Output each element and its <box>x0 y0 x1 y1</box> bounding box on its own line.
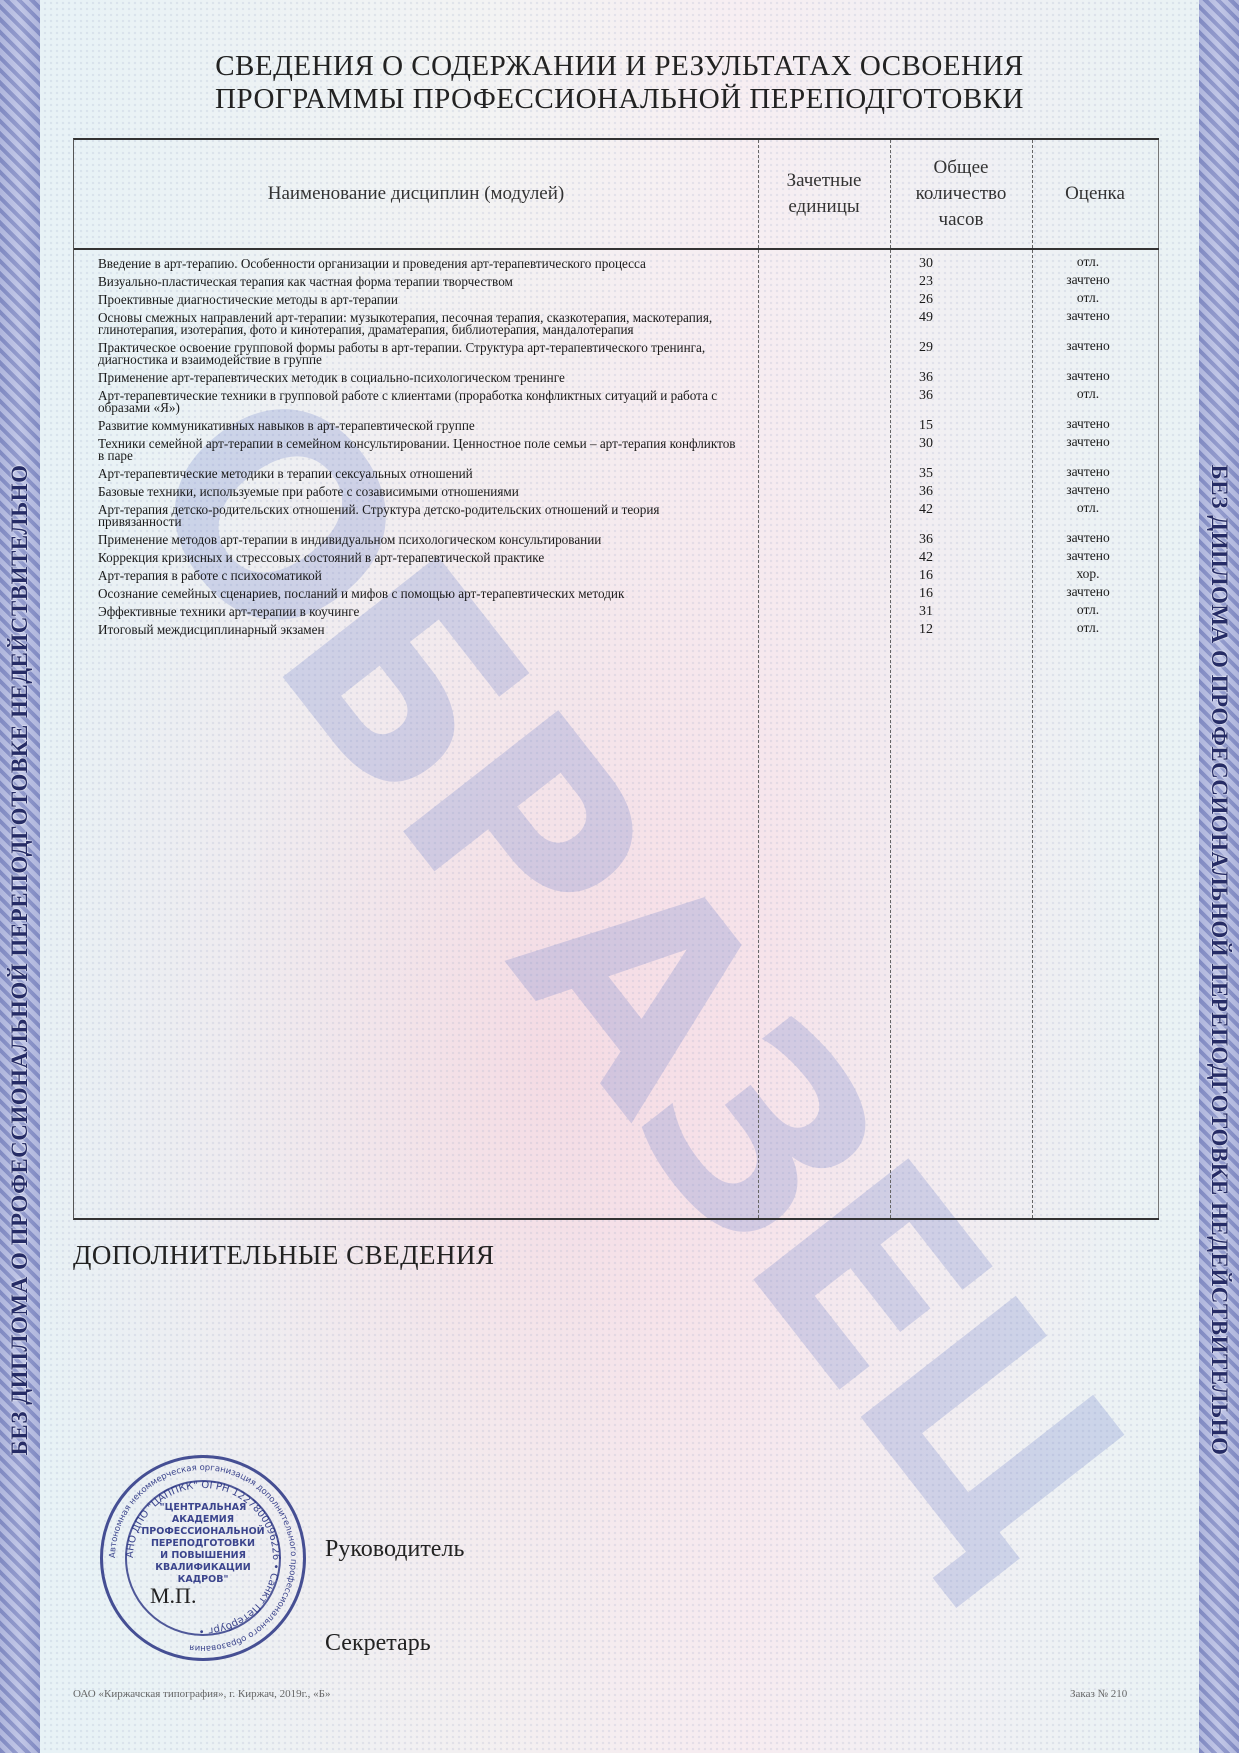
discipline-name: Визуально-пластическая терапия как частн… <box>98 276 738 288</box>
header-hours: Общее количество часов <box>890 140 1032 248</box>
official-stamp: Автономная некоммерческая организация до… <box>100 1455 306 1661</box>
discipline-name: Осознание семейных сценариев, посланий и… <box>98 588 738 600</box>
hours-value: 36 <box>896 486 956 498</box>
table-row: Арт-терапевтические техники в групповой … <box>98 390 1159 414</box>
hours-value: 29 <box>896 342 956 354</box>
hours-value: 42 <box>896 552 956 564</box>
discipline-name: Арт-терапевтические методики в терапии с… <box>98 468 738 480</box>
additional-info-heading: ДОПОЛНИТЕЛЬНЫЕ СВЕДЕНИЯ <box>73 1240 495 1271</box>
right-security-border: БЕЗ ДИПЛОМА О ПРОФЕССИОНАЛЬНОЙ ПЕРЕПОДГО… <box>1199 0 1239 1753</box>
discipline-name: Развитие коммуникативных навыков в арт-т… <box>98 420 738 432</box>
left-border-text: БЕЗ ДИПЛОМА О ПРОФЕССИОНАЛЬНОЙ ПЕРЕПОДГО… <box>7 465 33 1456</box>
grade-value: зачтено <box>1038 436 1138 448</box>
signature-head-label: Руководитель <box>325 1536 464 1563</box>
discipline-name: Основы смежных направлений арт-терапии: … <box>98 312 738 336</box>
grade-value: зачтено <box>1038 418 1138 430</box>
table-row: Введение в арт-терапию. Особенности орга… <box>98 258 1159 270</box>
table-row: Эффективные техники арт-терапии в коучин… <box>98 606 1159 618</box>
grade-value: отл. <box>1038 622 1138 634</box>
table-row: Арт-терапия детско-родительских отношени… <box>98 504 1159 528</box>
signature-secretary-label: Секретарь <box>325 1630 431 1657</box>
grade-value: отл. <box>1038 604 1138 616</box>
grade-value: отл. <box>1038 292 1138 304</box>
table-row: Арт-терапевтические методики в терапии с… <box>98 468 1159 480</box>
discipline-name: Базовые техники, используемые при работе… <box>98 486 738 498</box>
title-line-1: СВЕДЕНИЯ О СОДЕРЖАНИИ И РЕЗУЛЬТАТАХ ОСВО… <box>0 50 1239 83</box>
header-credits: Зачетные единицы <box>758 140 890 248</box>
grade-value: зачтено <box>1038 340 1138 352</box>
title-line-2: ПРОГРАММЫ ПРОФЕССИОНАЛЬНОЙ ПЕРЕПОДГОТОВК… <box>0 83 1239 116</box>
table-row: Техники семейной арт-терапии в семейном … <box>98 438 1159 462</box>
discipline-name: Коррекция кризисных и стрессовых состоян… <box>98 552 738 564</box>
table-row: Визуально-пластическая терапия как частн… <box>98 276 1159 288</box>
grade-value: отл. <box>1038 502 1138 514</box>
discipline-name: Арт-терапевтические техники в групповой … <box>98 390 738 414</box>
table-row: Проективные диагностические методы в арт… <box>98 294 1159 306</box>
grade-value: зачтено <box>1038 274 1138 286</box>
hours-value: 30 <box>896 258 956 270</box>
table-row: Применение методов арт-терапии в индивид… <box>98 534 1159 546</box>
header-rule <box>74 248 1159 250</box>
discipline-name: Введение в арт-терапию. Особенности орга… <box>98 258 738 270</box>
grade-value: зачтено <box>1038 550 1138 562</box>
table-row: Арт-терапия в работе с психосоматикой16х… <box>98 570 1159 582</box>
order-number: Заказ № 210 <box>1070 1688 1127 1700</box>
hours-value: 49 <box>896 312 956 324</box>
discipline-name: Арт-терапия детско-родительских отношени… <box>98 504 738 528</box>
hours-value: 42 <box>896 504 956 516</box>
discipline-name: Проективные диагностические методы в арт… <box>98 294 738 306</box>
grade-value: зачтено <box>1038 370 1138 382</box>
table-row: Основы смежных направлений арт-терапии: … <box>98 312 1159 336</box>
left-security-border: БЕЗ ДИПЛОМА О ПРОФЕССИОНАЛЬНОЙ ПЕРЕПОДГО… <box>0 0 40 1753</box>
hours-value: 31 <box>896 606 956 618</box>
hours-value: 36 <box>896 534 956 546</box>
header-discipline: Наименование дисциплин (модулей) <box>74 140 758 248</box>
table-row: Коррекция кризисных и стрессовых состоян… <box>98 552 1159 564</box>
header-grade: Оценка <box>1032 140 1158 248</box>
right-border-text: БЕЗ ДИПЛОМА О ПРОФЕССИОНАЛЬНОЙ ПЕРЕПОДГО… <box>1206 465 1232 1456</box>
grade-value: зачтено <box>1038 466 1138 478</box>
grade-value: хор. <box>1038 568 1138 580</box>
grade-value: отл. <box>1038 256 1138 268</box>
discipline-name: Практическое освоение групповой формы ра… <box>98 342 738 366</box>
table-row: Применение арт-терапевтических методик в… <box>98 372 1159 384</box>
discipline-name: Эффективные техники арт-терапии в коучин… <box>98 606 738 618</box>
grade-value: зачтено <box>1038 532 1138 544</box>
discipline-name: Техники семейной арт-терапии в семейном … <box>98 438 738 462</box>
page-title: СВЕДЕНИЯ О СОДЕРЖАНИИ И РЕЗУЛЬТАТАХ ОСВО… <box>0 50 1239 116</box>
hours-value: 26 <box>896 294 956 306</box>
grade-value: зачтено <box>1038 310 1138 322</box>
table-row: Базовые техники, используемые при работе… <box>98 486 1159 498</box>
hours-value: 16 <box>896 588 956 600</box>
table-row: Развитие коммуникативных навыков в арт-т… <box>98 420 1159 432</box>
table-row: Итоговый междисциплинарный экзамен12отл. <box>98 624 1159 636</box>
discipline-name: Применение арт-терапевтических методик в… <box>98 372 738 384</box>
hours-value: 16 <box>896 570 956 582</box>
discipline-name: Применение методов арт-терапии в индивид… <box>98 534 738 546</box>
grade-value: зачтено <box>1038 586 1138 598</box>
discipline-name: Арт-терапия в работе с психосоматикой <box>98 570 738 582</box>
disciplines-table: Наименование дисциплин (модулей) Зачетны… <box>73 138 1159 1220</box>
hours-value: 36 <box>896 372 956 384</box>
table-row: Практическое освоение групповой формы ра… <box>98 342 1159 366</box>
hours-value: 35 <box>896 468 956 480</box>
hours-value: 36 <box>896 390 956 402</box>
hours-value: 15 <box>896 420 956 432</box>
seal-mark: М.П. <box>150 1583 196 1609</box>
table-row: Осознание семейных сценариев, посланий и… <box>98 588 1159 600</box>
discipline-name: Итоговый междисциплинарный экзамен <box>98 624 738 636</box>
hours-value: 30 <box>896 438 956 450</box>
hours-value: 23 <box>896 276 956 288</box>
hours-value: 12 <box>896 624 956 636</box>
grade-value: зачтено <box>1038 484 1138 496</box>
printer-info: ОАО «Киржачская типография», г. Киржач, … <box>73 1688 331 1700</box>
table-body: Введение в арт-терапию. Особенности орга… <box>98 258 1159 642</box>
stamp-center-text: "ЦЕНТРАЛЬНАЯАКАДЕМИЯПРОФЕССИОНАЛЬНОЙПЕРЕ… <box>133 1502 273 1586</box>
grade-value: отл. <box>1038 388 1138 400</box>
